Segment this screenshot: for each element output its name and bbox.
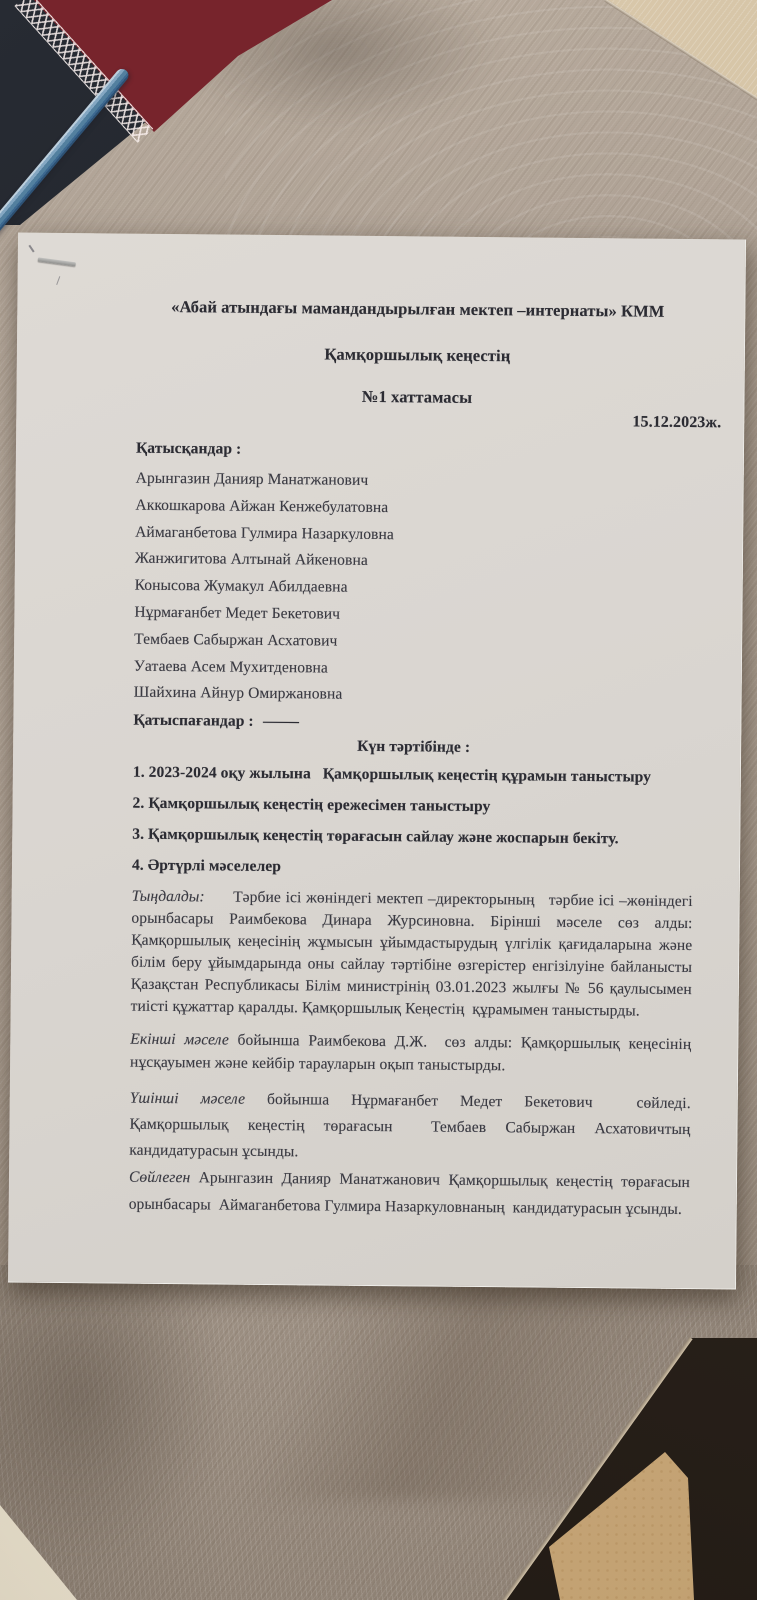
attendees-label: Қатысқандар : (136, 438, 697, 465)
paragraph-text: Тәрбие ісі жөніндегі мектеп –директорыны… (131, 889, 697, 1020)
agenda-item: 4. Әртүрлі мәселелер (132, 855, 693, 881)
paragraph-spoke: Сөйлеген Арынгазин Данияр Манатжанович Қ… (129, 1164, 690, 1223)
agenda-heading: Күн тәртібінде : (133, 734, 694, 761)
paragraph-lead: Үшінші мәселе (130, 1090, 246, 1108)
document-date: 15.12.2023ж. (136, 408, 721, 434)
paper-document: «Абай атындағы мамандандырылған мектеп –… (8, 233, 746, 1290)
paragraph-lead: Тыңдалды: (132, 888, 205, 906)
paragraph-third-issue: Үшінші мәселе бойынша Нұрмағанбет Медет … (129, 1086, 691, 1169)
agenda-item: 2. Қамқоршылық кеңестің ережесімен таныс… (132, 793, 693, 819)
agenda-item: 3. Қамқоршылық кеңестің төрағасын сайлау… (132, 824, 693, 850)
absent-label: Қатыспағандар : (133, 712, 254, 730)
paragraph-lead: Екінші мәселе (130, 1031, 229, 1049)
absent-dash: — (263, 708, 299, 735)
document-title-line3: №1 хаттамасы (136, 384, 697, 411)
document-text: «Абай атындағы мамандандырылған мектеп –… (8, 233, 745, 1289)
document-title-line2: Қамқоршылық кеңестің (137, 342, 698, 369)
paragraph-second-issue: Екінші мәселе бойынша Раимбекова Д.Ж. сө… (130, 1028, 691, 1079)
attendees-list: Арынгазин Данияр Манатжанович Аккошкаров… (134, 466, 697, 713)
document-title-line1: «Абай атындағы мамандандырылған мектеп –… (137, 296, 698, 323)
absent-line: Қатыспағандар : — (133, 707, 694, 739)
paragraph-lead: Сөйлеген (129, 1169, 190, 1187)
photo-of-document-on-floor: «Абай атындағы мамандандырылған мектеп –… (0, 0, 757, 1600)
agenda-item: 1. 2023-2024 оқу жылына Қамқоршылық кеңе… (133, 762, 694, 788)
paragraph-text: Арынгазин Данияр Манатжанович Қамқоршылы… (129, 1169, 694, 1218)
agenda-list: 1. 2023-2024 оқу жылына Қамқоршылық кеңе… (132, 762, 694, 881)
paragraph-heard: Тыңдалды: Тәрбие ісі жөніндегі мектеп –д… (131, 886, 693, 1023)
